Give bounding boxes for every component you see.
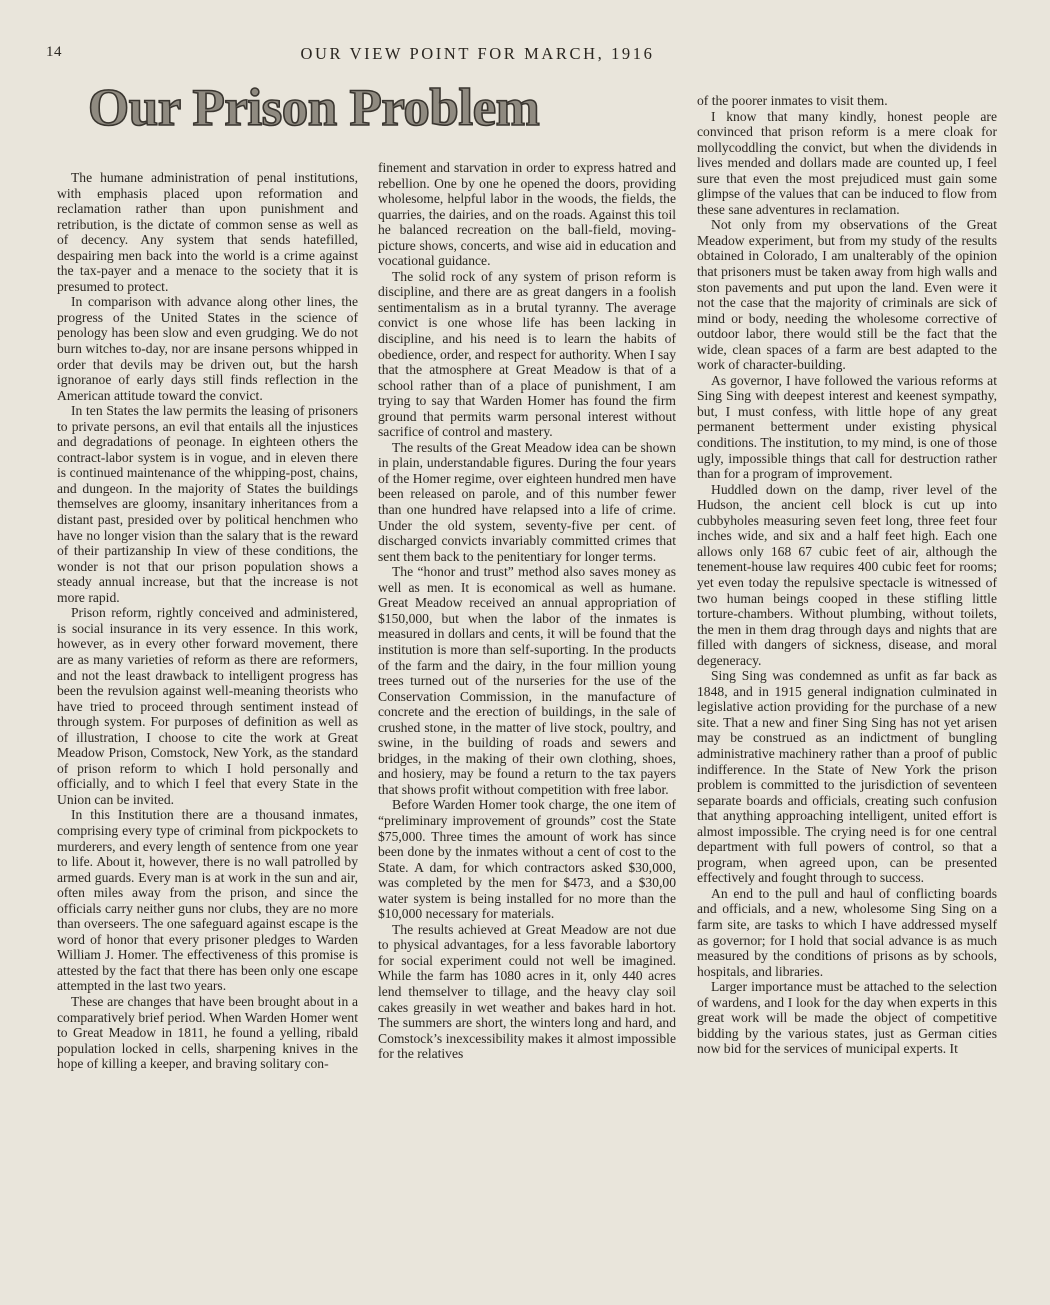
paragraph-continued: finement and starvation in order to expr… bbox=[378, 160, 676, 269]
paragraph: Not only from my observations of the Gre… bbox=[697, 217, 997, 372]
paragraph: In ten States the law permits the leasin… bbox=[57, 403, 358, 605]
column-1: The humane administration of penal insti… bbox=[57, 170, 358, 1072]
paragraph: These are changes that have been brought… bbox=[57, 994, 358, 1072]
paragraph: I know that many kindly, honest people a… bbox=[697, 109, 997, 218]
page-number: 14 bbox=[46, 44, 62, 61]
article-title: Our Prison Problem bbox=[88, 82, 628, 135]
paragraph: In comparison with advance along other l… bbox=[57, 294, 358, 403]
paragraph-continued: of the poorer inmates to visit them. bbox=[697, 93, 997, 109]
paragraph: As governor, I have followed the various… bbox=[697, 373, 997, 482]
paragraph: The humane administration of penal insti… bbox=[57, 170, 358, 294]
paragraph: The results of the Great Meadow idea can… bbox=[378, 440, 676, 564]
paragraph: Larger importance must be attached to th… bbox=[697, 979, 997, 1057]
paragraph: Sing Sing was condemned as unfit as far … bbox=[697, 668, 997, 886]
column-2: finement and starvation in order to expr… bbox=[378, 160, 676, 1062]
paragraph: An end to the pull and haul of conflicti… bbox=[697, 886, 997, 979]
paragraph: In this Institution there are a thousand… bbox=[57, 807, 358, 994]
paragraph: Prison reform, rightly conceived and adm… bbox=[57, 605, 358, 807]
paragraph: The “honor and trust” method also saves … bbox=[378, 564, 676, 797]
column-3: of the poorer inmates to visit them. I k… bbox=[697, 93, 997, 1057]
paragraph: Huddled down on the damp, river level of… bbox=[697, 482, 997, 669]
paragraph: The solid rock of any system of prison r… bbox=[378, 269, 676, 440]
paragraph: Before Warden Homer took charge, the one… bbox=[378, 797, 676, 921]
running-head: OUR VIEW POINT FOR MARCH, 1916 bbox=[210, 44, 745, 64]
paragraph: The results achieved at Great Meadow are… bbox=[378, 922, 676, 1062]
